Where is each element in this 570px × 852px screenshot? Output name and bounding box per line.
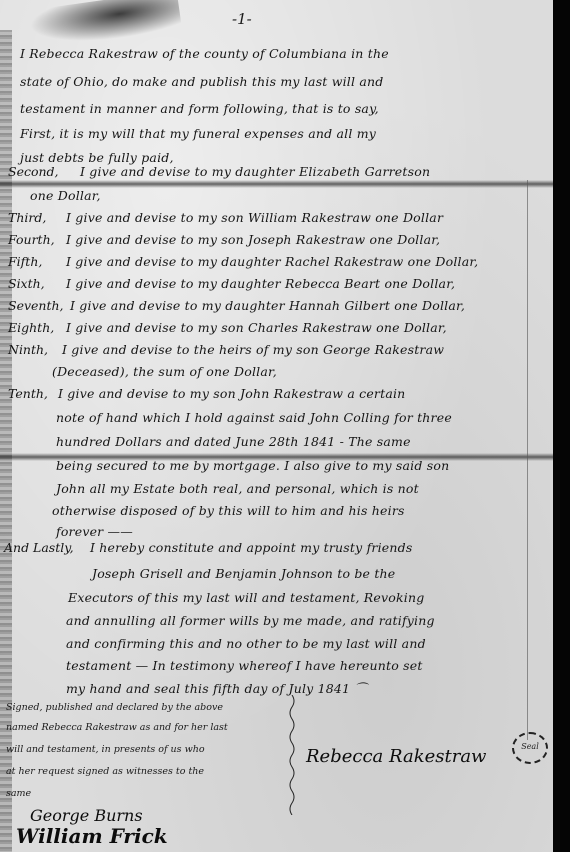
attestation-line: Signed, published and declared by the ab… bbox=[6, 702, 223, 713]
seal-stamp: Seal bbox=[512, 732, 548, 764]
body-line: I Rebecca Rakestraw of the county of Col… bbox=[20, 46, 389, 61]
body-line: First, it is my will that my funeral exp… bbox=[20, 126, 376, 141]
witness-signature: George Burns bbox=[30, 806, 143, 825]
body-line: forever —— bbox=[56, 524, 133, 539]
body-line: and confirming this and no other to be m… bbox=[66, 636, 426, 651]
clause-label: Ninth, bbox=[8, 342, 48, 357]
body-line: I give and devise to the heirs of my son… bbox=[62, 342, 444, 357]
body-line: otherwise disposed of by this will to hi… bbox=[52, 503, 405, 518]
body-line: and annulling all former wills by me mad… bbox=[66, 613, 435, 628]
clause-label: Fourth, bbox=[8, 232, 55, 247]
body-line: I give and devise to my son Joseph Rakes… bbox=[66, 232, 440, 247]
body-line: one Dollar, bbox=[30, 188, 101, 203]
clause-label: Sixth, bbox=[8, 276, 45, 291]
testator-signature: Rebecca Rakestraw bbox=[306, 746, 486, 767]
wavy-bracket bbox=[288, 695, 296, 815]
clause-label: Second, bbox=[8, 164, 59, 179]
body-line: testament — In testimony whereof I have … bbox=[66, 658, 423, 673]
ink-smudge bbox=[28, 0, 182, 50]
clause-label: Seventh, bbox=[8, 298, 64, 313]
body-line: state of Ohio, do make and publish this … bbox=[20, 74, 383, 89]
attestation-line: named Rebecca Rakestraw as and for her l… bbox=[6, 722, 228, 733]
body-line: my hand and seal this fifth day of July … bbox=[66, 679, 367, 697]
clause-label: And Lastly, bbox=[4, 540, 74, 555]
body-line: I hereby constitute and appoint my trust… bbox=[90, 540, 412, 555]
clause-label: Eighth, bbox=[8, 320, 54, 335]
body-line: I give and devise to my daughter Elizabe… bbox=[80, 164, 430, 179]
attestation-line: will and testament, in presents of us wh… bbox=[6, 744, 205, 755]
body-line: being secured to me by mortgage. I also … bbox=[56, 458, 449, 473]
body-line: I give and devise to my daughter Rachel … bbox=[66, 254, 478, 269]
body-line: John all my Estate both real, and person… bbox=[56, 481, 419, 496]
body-line: testament in manner and form following, … bbox=[20, 101, 379, 116]
body-line: I give and devise to my daughter Hannah … bbox=[70, 298, 465, 313]
clause-label: Fifth, bbox=[8, 254, 42, 269]
body-line: Executors of this my last will and testa… bbox=[68, 590, 424, 605]
attestation-line: at her request signed as witnesses to th… bbox=[6, 766, 204, 777]
body-line: I give and devise to my son William Rake… bbox=[66, 210, 443, 225]
body-line: I give and devise to my son Charles Rake… bbox=[66, 320, 447, 335]
margin-rule bbox=[527, 180, 528, 740]
scan-border bbox=[553, 0, 570, 852]
attestation-line: same bbox=[6, 788, 31, 799]
body-line: Joseph Grisell and Benjamin Johnson to b… bbox=[92, 566, 395, 581]
body-line: I give and devise to my daughter Rebecca… bbox=[66, 276, 455, 291]
clause-label: Tenth, bbox=[8, 386, 48, 401]
will-document-page: -1- I Rebecca Rakestraw of the county of… bbox=[0, 0, 553, 852]
body-line: I give and devise to my son John Rakestr… bbox=[58, 386, 405, 401]
witness-signature: William Frick bbox=[16, 824, 168, 848]
body-line: (Deceased), the sum of one Dollar, bbox=[52, 364, 277, 379]
body-line: note of hand which I hold against said J… bbox=[56, 410, 452, 425]
body-line: hundred Dollars and dated June 28th 1841… bbox=[56, 434, 411, 449]
clause-label: Third, bbox=[8, 210, 46, 225]
body-line: just debts be fully paid, bbox=[20, 150, 174, 165]
page-number: -1- bbox=[232, 10, 252, 28]
fold-line bbox=[0, 180, 553, 188]
